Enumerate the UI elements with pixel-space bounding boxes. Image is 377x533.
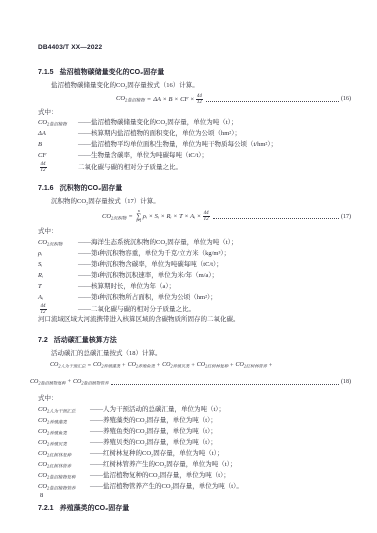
def-row: CO2盐沼植物复种 ——盐沼植物复种的CO₂固存量，单位为吨（t）；: [38, 471, 351, 482]
def-row: T ——核算期时长，单位为年（a）；: [38, 282, 351, 293]
def-row: CO2红树林复种 ——红树林复种的CO₂固存量，单位为吨（t）；: [38, 449, 351, 460]
heading-number: 7.1.6: [38, 185, 54, 192]
co2-symbol: CO2沉积物: [102, 213, 126, 222]
co2-symbol: CO2盐沼植物管养: [73, 379, 109, 387]
dotted-leader: [206, 97, 339, 102]
def-row: CO2盐沼植物 ——盐沼植物碳储量变化的CO₂固存量，单位为吨（t）；: [38, 118, 351, 129]
section-7-2-heading: 7.2 活动碳汇量核算方法: [38, 335, 351, 345]
equals-sign: =: [88, 363, 91, 369]
def-symbol: CO2盐沼植物: [38, 118, 78, 129]
def-description: ——养殖贝类的CO₂固存量，单位为吨（t）；: [90, 438, 351, 448]
co2-symbol: CO2养殖藻类: [93, 362, 120, 370]
def-symbol: Sᵢ: [38, 260, 78, 271]
heading-title: 盐沼植物碳储量变化的CO₂固存量: [60, 67, 165, 77]
def-description: ——第i种沉积物所占面积，单位为公顷（hm²）；: [78, 293, 351, 303]
fraction-denominator: 12: [204, 217, 209, 222]
co2-symbol: CO2人为干预汇总: [50, 362, 86, 370]
dotted-leader: [213, 214, 339, 219]
def-row: ρᵢ ——第i种沉积物容重，单位为千克/立方米（kg/m³）；: [38, 249, 351, 260]
def-row: CO2盐沼植物管养 ——盐沼植物管养产生的CO₂固存量，单位为吨（t）。: [38, 482, 351, 493]
def-symbol: Rᵢ: [38, 271, 78, 282]
sum-lower-limit: i=1: [136, 220, 141, 224]
def-description: ——红树林管养产生的CO₂固存量，单位为吨（t）；: [90, 460, 351, 470]
heading-number: 7.2: [38, 337, 48, 344]
def-symbol: CO2人为干预汇总: [38, 405, 90, 416]
heading-title: 活动碳汇量核算方法: [54, 335, 117, 345]
intro-paragraph: 活动碳汇的总碳汇量按式（18）计算。: [38, 349, 351, 359]
def-row: CO2养殖贝类 ——养殖贝类的CO₂固存量，单位为吨（t）；: [38, 438, 351, 449]
sigma-symbol: n ∑ i=1: [136, 210, 141, 224]
def-symbol: CO2盐沼植物复种: [38, 471, 90, 482]
def-description: ——第i种沉积物含碳率，单位为吨碳每吨（tC/t）；: [78, 260, 351, 270]
def-row: ΔA ——核算期内盐沼植物的面积变化，单位为公顷（hm²）；: [38, 129, 351, 140]
formula-number: (18): [341, 379, 351, 385]
def-symbol: CF: [38, 151, 78, 162]
def-symbol: CO2盐沼植物管养: [38, 482, 90, 493]
formula-18-line2: CO2盐沼植物复种 + CO2盐沼植物管养 (18): [30, 379, 351, 387]
section-7-2-1-heading: 7.2.1 养殖藻类的CO₂固存量: [38, 503, 351, 513]
intro-paragraph: 盐沼植物碳储量变化的CO₂固存量按式（16）计算。: [38, 81, 351, 91]
def-row: Sᵢ ——第i种沉积物含碳率，单位为吨碳每吨（tC/t）；: [38, 260, 351, 271]
def-description: ——红树林复种的CO₂固存量，单位为吨（t）；: [90, 449, 351, 459]
def-symbol-fraction: 4412: [38, 162, 78, 173]
shizhong-label: 式中：: [38, 394, 351, 404]
plus-sign: +: [157, 363, 160, 369]
formula-number: (17): [341, 214, 351, 220]
def-description: ——盐沼植物平均单位面积生物量，单位为吨干物质每公顷（t/hm²）；: [78, 140, 351, 150]
heading-number: 7.2.1: [38, 505, 54, 512]
plus-sign: +: [122, 363, 125, 369]
def-row: 4412 ——二氧化碳与碳的相对分子质量之比。: [38, 304, 351, 315]
plus-sign: +: [68, 379, 71, 385]
def-symbol: B: [38, 140, 78, 151]
section-7-1-6-heading: 7.1.6 沉积物的CO₂固存量: [38, 183, 351, 193]
def-symbol: ρᵢ: [38, 249, 78, 260]
plus-sign: +: [230, 363, 233, 369]
def-symbol: CO2养殖藻类: [38, 416, 90, 427]
heading-title: 沉积物的CO₂固存量: [60, 183, 123, 193]
def-description: ——养殖藻类的CO₂固存量，单位为吨（t）；: [90, 416, 351, 426]
def-description: ——核算期时长，单位为年（a）；: [78, 282, 351, 292]
def-description: ——第i种沉积物沉积速率，单位为米/年（m/a）；: [78, 271, 351, 281]
def-symbol: Aᵢ: [38, 293, 78, 304]
plus-sign: +: [269, 363, 272, 369]
def-row: 4412 二氧化碳与碳的相对分子质量之比。: [38, 162, 351, 173]
def-symbol: CO2养殖贝类: [38, 438, 90, 449]
intro-paragraph: 沉积物的CO₂固存量按式（17）计算。: [38, 197, 351, 207]
def-row: CF ——生物量含碳率，单位为吨碳每吨（tC/t）；: [38, 151, 351, 162]
def-description: ——盐沼植物复种的CO₂固存量，单位为吨（t）；: [90, 471, 351, 481]
note-paragraph: 河口流域区域大河流携带进入核算区域的含碳物质所固存的二氧化碳。: [38, 315, 351, 325]
co2-symbol: CO2盐沼植物复种: [30, 379, 66, 387]
def-description: 二氧化碳与碳的相对分子质量之比。: [78, 163, 351, 173]
co2-symbol: CO2红树林复种: [197, 362, 228, 370]
co2-symbol: CO2盐沼植物: [116, 95, 145, 104]
def-symbol-fraction: 4412: [38, 304, 78, 315]
def-row: B ——盐沼植物平均单位面积生物量，单位为吨干物质每公顷（t/hm²）；: [38, 140, 351, 151]
definition-list-17: CO2沉积物 ——海洋生态系统沉积物的CO₂固存量，单位为吨（t）； ρᵢ ——…: [38, 238, 351, 316]
def-symbol: ΔA: [38, 129, 78, 140]
document-header: DB4403/T XX—2022: [38, 44, 351, 51]
definition-list-18: CO2人为干预汇总 ——人为干预活动的总碳汇量，单位为吨（t）； CO2养殖藻类…: [38, 405, 351, 494]
definition-list-16: CO2盐沼植物 ——盐沼植物碳储量变化的CO₂固存量，单位为吨（t）； ΔA —…: [38, 118, 351, 173]
formula-body: ΔA × B × CF ×: [153, 96, 194, 103]
def-row: CO2人为干预汇总 ——人为干预活动的总碳汇量，单位为吨（t）；: [38, 405, 351, 416]
co2-symbol: CO2养殖贝类: [162, 362, 189, 370]
def-symbol: CO2红树林复种: [38, 449, 90, 460]
fraction: 44 12: [203, 211, 210, 222]
def-description: ——人为干预活动的总碳汇量，单位为吨（t）；: [90, 405, 351, 415]
shizhong-label: 式中：: [38, 108, 351, 118]
equals-sign: =: [147, 96, 151, 103]
def-row: CO2沉积物 ——海洋生态系统沉积物的CO₂固存量，单位为吨（t）；: [38, 238, 351, 249]
page-number: 8: [40, 492, 43, 499]
def-description: ——二氧化碳与碳的相对分子质量之比。: [78, 305, 351, 315]
def-row: CO2养殖藻类 ——养殖藻类的CO₂固存量，单位为吨（t）；: [38, 416, 351, 427]
def-row: CO2养殖鱼类 ——养殖鱼类的CO₂固存量，单位为吨（t）；: [38, 427, 351, 438]
def-description: ——第i种沉积物容重，单位为千克/立方米（kg/m³）；: [78, 249, 351, 259]
plus-sign: +: [191, 363, 194, 369]
formula-body: ρᵢ × Sᵢ × Rᵢ × T × Aᵢ ×: [143, 213, 201, 220]
shizhong-label: 式中：: [38, 227, 351, 237]
page-content: DB4403/T XX—2022 7.1.5 盐沼植物碳储量变化的CO₂固存量 …: [38, 44, 351, 513]
def-description: ——生物量含碳率，单位为吨碳每吨（tC/t）；: [78, 151, 351, 161]
def-row: CO2红树林管养 ——红树林管养产生的CO₂固存量，单位为吨（t）；: [38, 460, 351, 471]
heading-title: 养殖藻类的CO₂固存量: [60, 503, 130, 513]
def-description: ——养殖鱼类的CO₂固存量，单位为吨（t）；: [90, 427, 351, 437]
co2-subscript: 2沉积物: [111, 215, 126, 220]
def-row: Aᵢ ——第i种沉积物所占面积，单位为公顷（hm²）；: [38, 293, 351, 304]
document-page: DB4403/T XX—2022 7.1.5 盐沼植物碳储量变化的CO₂固存量 …: [0, 0, 377, 533]
def-description: ——海洋生态系统沉积物的CO₂固存量，单位为吨（t）；: [78, 238, 351, 248]
co2-subscript: 2盐沼植物: [125, 97, 145, 102]
fraction-denominator: 12: [197, 100, 202, 105]
def-symbol: CO2红树林管养: [38, 460, 90, 471]
def-row: Rᵢ ——第i种沉积物沉积速率，单位为米/年（m/a）；: [38, 271, 351, 282]
formula-number: (16): [341, 96, 351, 102]
co2-symbol: CO2红树林管养: [236, 362, 267, 370]
formula-17: CO2沉积物 = n ∑ i=1 ρᵢ × Sᵢ × Rᵢ × T × Aᵢ ×…: [38, 210, 351, 224]
co2-symbol: CO2养殖鱼类: [128, 362, 155, 370]
dotted-leader: [111, 380, 339, 385]
def-symbol: T: [38, 282, 78, 293]
def-description: ——盐沼植物管养产生的CO₂固存量，单位为吨（t）。: [90, 482, 351, 492]
section-7-1-5-heading: 7.1.5 盐沼植物碳储量变化的CO₂固存量: [38, 67, 351, 77]
formula-18-line1: CO2人为干预汇总 = CO2养殖藻类 + CO2养殖鱼类 + CO2养殖贝类 …: [50, 362, 351, 370]
fraction: 44 12: [196, 94, 203, 105]
heading-number: 7.1.5: [38, 69, 54, 76]
def-symbol: CO2养殖鱼类: [38, 427, 90, 438]
def-description: ——盐沼植物碳储量变化的CO₂固存量，单位为吨（t）；: [78, 118, 351, 128]
formula-16: CO2盐沼植物 = ΔA × B × CF × 44 12 (16): [38, 94, 351, 105]
equals-sign: =: [128, 213, 132, 220]
def-symbol: CO2沉积物: [38, 238, 78, 249]
def-description: ——核算期内盐沼植物的面积变化，单位为公顷（hm²）；: [78, 129, 351, 139]
